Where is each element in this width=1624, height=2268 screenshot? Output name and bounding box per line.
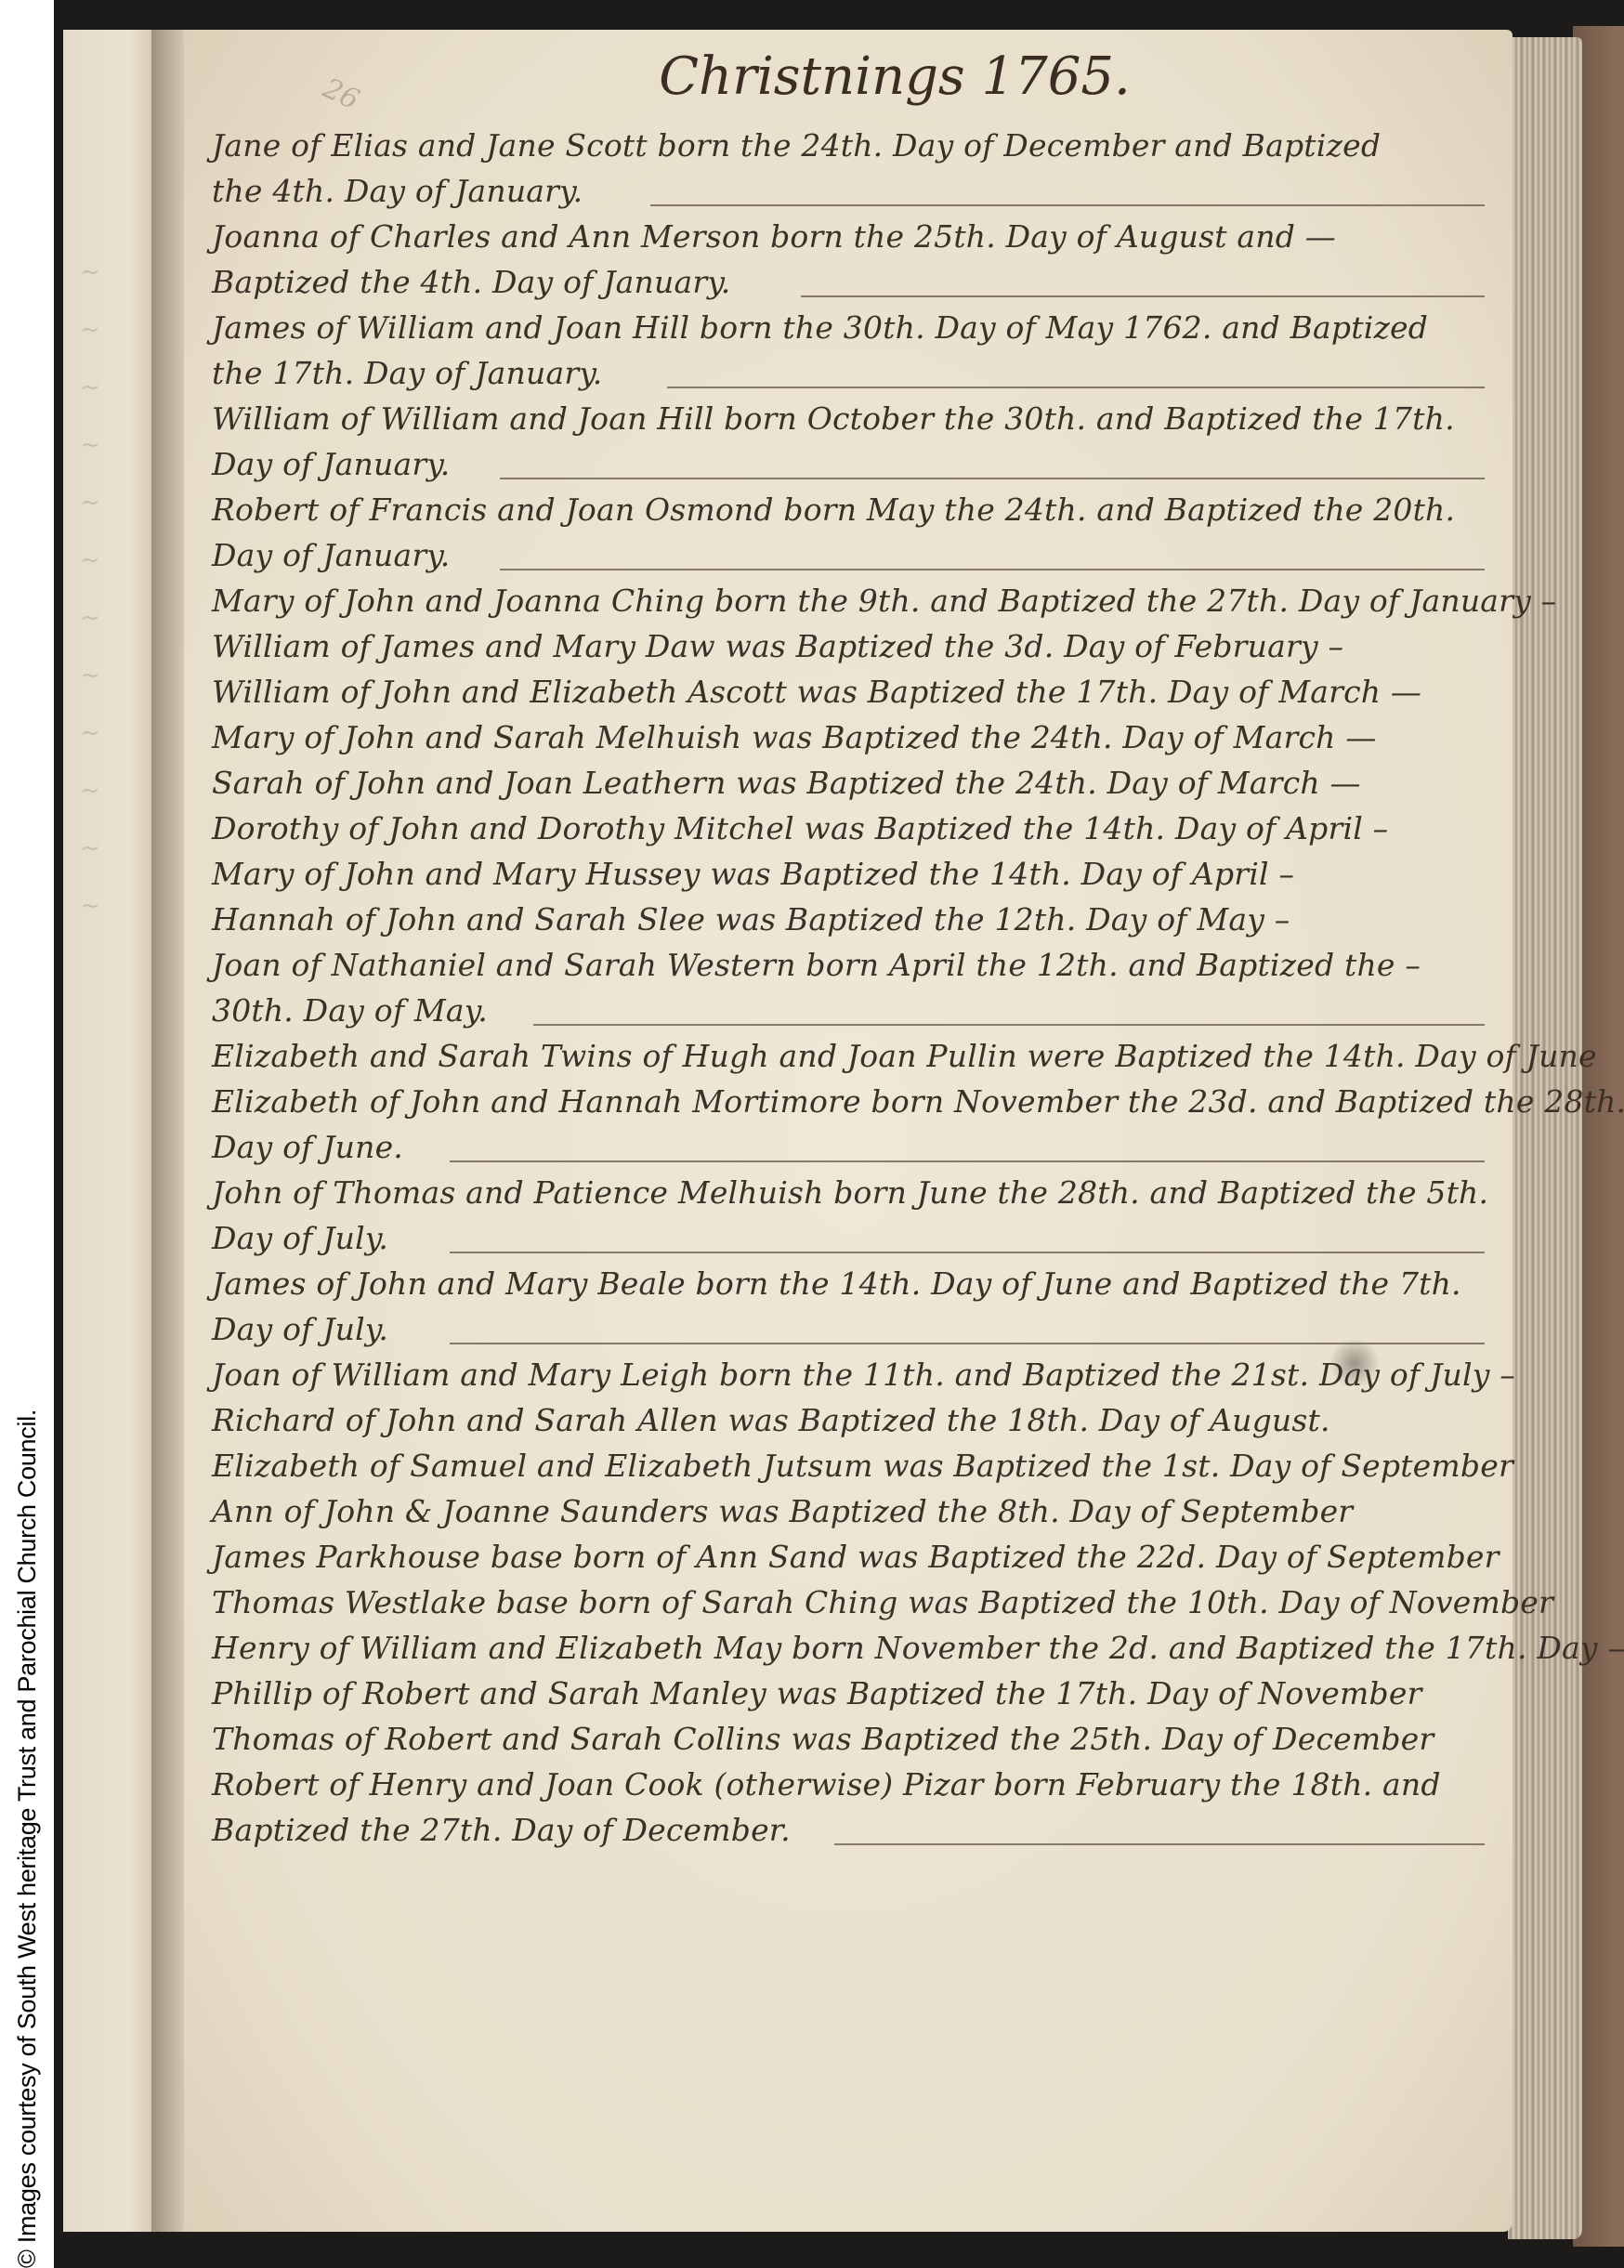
entry-divider-rule (801, 295, 1485, 297)
baptism-entries: Jane of Elias and Jane Scott born the 24… (212, 123, 1485, 1853)
entry-line: 30th. Day of May. (212, 988, 1485, 1033)
entry-line: William of William and Joan Hill born Oc… (212, 396, 1485, 441)
entry-divider-rule (533, 1024, 1485, 1026)
entry-line: the 4th. Day of January. (212, 168, 1485, 214)
baptism-entry: Joan of Nathaniel and Sarah Western born… (212, 942, 1485, 1033)
entry-line: the 17th. Day of January. (212, 350, 1485, 396)
baptism-entry: Richard of John and Sarah Allen was Bapt… (212, 1397, 1485, 1443)
entry-line: Joan of William and Mary Leigh born the … (212, 1352, 1485, 1397)
facing-page-sliver: ~~~~~~~~~~~~ (63, 30, 156, 2232)
entry-line: James of William and Joan Hill born the … (212, 305, 1485, 350)
baptism-entry: Elizabeth of Samuel and Elizabeth Jutsum… (212, 1443, 1485, 1488)
baptism-entry: Thomas of Robert and Sarah Collins was B… (212, 1716, 1485, 1762)
entry-line: Baptized the 4th. Day of January. (212, 259, 1485, 305)
entry-line: Mary of John and Joanna Ching born the 9… (212, 578, 1485, 623)
entry-line: Elizabeth and Sarah Twins of Hugh and Jo… (212, 1033, 1485, 1079)
entry-line: Day of June. (212, 1124, 1485, 1170)
copyright-credit: © Images courtesy of South West heritage… (13, 1172, 42, 2268)
baptism-entry: William of William and Joan Hill born Oc… (212, 396, 1485, 487)
entry-line: John of Thomas and Patience Melhuish bor… (212, 1170, 1485, 1215)
baptism-entry: Ann of John & Joanne Saunders was Baptiz… (212, 1488, 1485, 1534)
entry-line: Mary of John and Mary Hussey was Baptize… (212, 851, 1485, 897)
baptism-entry: James of William and Joan Hill born the … (212, 305, 1485, 396)
book-gutter (151, 30, 189, 2232)
entry-line: James of John and Mary Beale born the 14… (212, 1261, 1485, 1306)
entry-divider-rule (667, 387, 1485, 388)
page-block-edges (1508, 37, 1582, 2239)
entry-line: Thomas of Robert and Sarah Collins was B… (212, 1716, 1485, 1762)
entry-line: Phillip of Robert and Sarah Manley was B… (212, 1671, 1485, 1716)
register-page: 26 Christnings 1765. Jane of Elias and J… (184, 30, 1513, 2232)
baptism-entry: Henry of William and Elizabeth May born … (212, 1625, 1485, 1671)
entry-line: Dorothy of John and Dorothy Mitchel was … (212, 806, 1485, 851)
entry-line: Day of January. (212, 532, 1485, 578)
baptism-entry: Joan of William and Mary Leigh born the … (212, 1352, 1485, 1397)
baptism-entry: Joanna of Charles and Ann Merson born th… (212, 214, 1485, 305)
entry-line: Henry of William and Elizabeth May born … (212, 1625, 1485, 1671)
entry-line: Baptized the 27th. Day of December. (212, 1807, 1485, 1853)
entry-divider-rule (450, 1252, 1485, 1253)
entry-line: Robert of Francis and Joan Osmond born M… (212, 487, 1485, 532)
baptism-entry: Sarah of John and Joan Leathern was Bapt… (212, 760, 1485, 806)
bleed-through-text: ~~~~~~~~~~~~ (80, 243, 154, 935)
entry-divider-rule (500, 478, 1485, 479)
baptism-entry: Robert of Francis and Joan Osmond born M… (212, 487, 1485, 578)
baptism-entry: Elizabeth and Sarah Twins of Hugh and Jo… (212, 1033, 1485, 1079)
entry-divider-rule (650, 204, 1485, 206)
baptism-entry: Dorothy of John and Dorothy Mitchel was … (212, 806, 1485, 851)
entry-line: William of John and Elizabeth Ascott was… (212, 669, 1485, 714)
baptism-entry: Mary of John and Joanna Ching born the 9… (212, 578, 1485, 623)
baptism-entry: Elizabeth of John and Hannah Mortimore b… (212, 1079, 1485, 1170)
entry-divider-rule (834, 1843, 1485, 1845)
entry-line: Mary of John and Sarah Melhuish was Bapt… (212, 714, 1485, 760)
entry-line: Day of July. (212, 1306, 1485, 1352)
entry-line: Robert of Henry and Joan Cook (otherwise… (212, 1762, 1485, 1807)
baptism-entry: Robert of Henry and Joan Cook (otherwise… (212, 1762, 1485, 1853)
entry-line: Elizabeth of John and Hannah Mortimore b… (212, 1079, 1485, 1124)
entry-line: Day of July. (212, 1215, 1485, 1261)
entry-divider-rule (450, 1160, 1485, 1162)
baptism-entry: John of Thomas and Patience Melhuish bor… (212, 1170, 1485, 1261)
entry-line: Richard of John and Sarah Allen was Bapt… (212, 1397, 1485, 1443)
entry-line: Hannah of John and Sarah Slee was Baptiz… (212, 897, 1485, 942)
baptism-entry: Jane of Elias and Jane Scott born the 24… (212, 123, 1485, 214)
entry-line: Joanna of Charles and Ann Merson born th… (212, 214, 1485, 259)
baptism-entry: Thomas Westlake base born of Sarah Ching… (212, 1580, 1485, 1625)
baptism-entry: William of James and Mary Daw was Baptiz… (212, 623, 1485, 669)
entry-line: Jane of Elias and Jane Scott born the 24… (212, 123, 1485, 168)
entry-line: James Parkhouse base born of Ann Sand wa… (212, 1534, 1485, 1580)
baptism-entry: Mary of John and Mary Hussey was Baptize… (212, 851, 1485, 897)
book-scan: ~~~~~~~~~~~~ 26 Christnings 1765. Jane o… (54, 0, 1624, 2268)
entry-line: Ann of John & Joanne Saunders was Baptiz… (212, 1488, 1485, 1534)
baptism-entry: James of John and Mary Beale born the 14… (212, 1261, 1485, 1352)
baptism-entry: Hannah of John and Sarah Slee was Baptiz… (212, 897, 1485, 942)
entry-divider-rule (450, 1343, 1485, 1344)
credit-strip: © Images courtesy of South West heritage… (0, 0, 54, 2268)
entry-line: Day of January. (212, 441, 1485, 487)
baptism-entry: James Parkhouse base born of Ann Sand wa… (212, 1534, 1485, 1580)
entry-divider-rule (500, 569, 1485, 570)
entry-line: Elizabeth of Samuel and Elizabeth Jutsum… (212, 1443, 1485, 1488)
entry-line: William of James and Mary Daw was Baptiz… (212, 623, 1485, 669)
baptism-entry: Phillip of Robert and Sarah Manley was B… (212, 1671, 1485, 1716)
entry-line: Thomas Westlake base born of Sarah Ching… (212, 1580, 1485, 1625)
entry-line: Joan of Nathaniel and Sarah Western born… (212, 942, 1485, 988)
baptism-entry: Mary of John and Sarah Melhuish was Bapt… (212, 714, 1485, 760)
entry-line: Sarah of John and Joan Leathern was Bapt… (212, 760, 1485, 806)
page-title: Christnings 1765. (184, 46, 1513, 107)
baptism-entry: William of John and Elizabeth Ascott was… (212, 669, 1485, 714)
